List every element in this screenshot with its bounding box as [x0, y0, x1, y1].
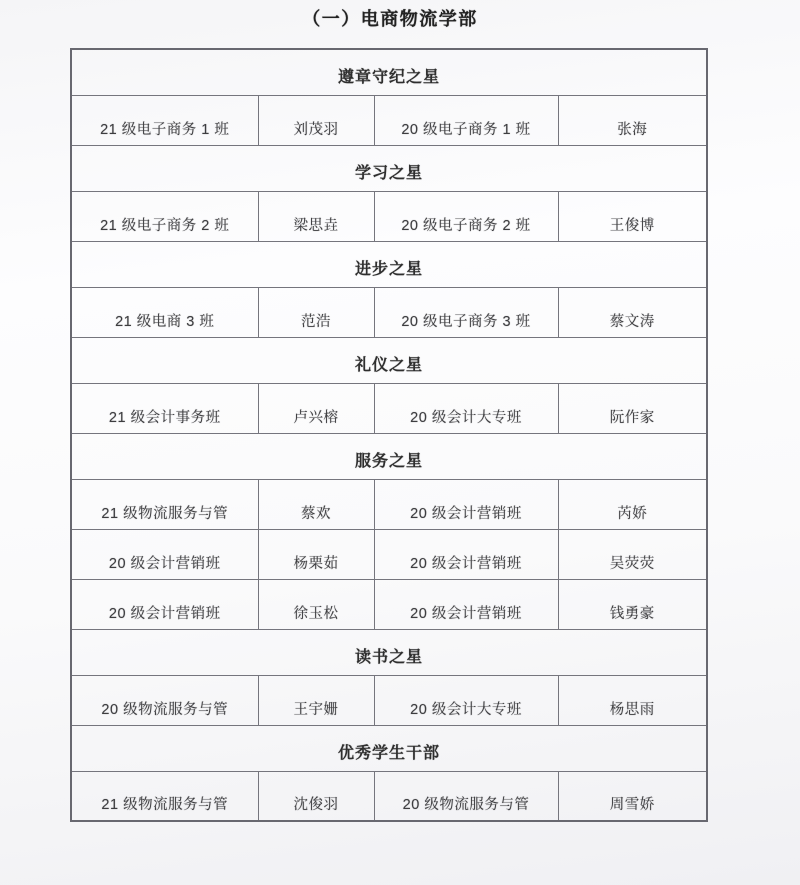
- class-name-cell: 20 级电子商务 1 班: [374, 95, 558, 145]
- student-name-cell: 杨栗茹: [258, 529, 374, 579]
- section-header: 读书之星: [71, 629, 707, 675]
- student-name-cell: 沈俊羽: [258, 771, 374, 821]
- section-row: 服务之星: [71, 433, 707, 479]
- class-name-cell: 20 级物流服务与管: [374, 771, 558, 821]
- student-name-cell: 梁思垚: [258, 191, 374, 241]
- awards-table-body: 遵章守纪之星21 级电子商务 1 班刘茂羽20 级电子商务 1 班张海学习之星2…: [71, 49, 707, 821]
- table-row: 21 级会计事务班卢兴榕20 级会计大专班阮作家: [71, 383, 707, 433]
- student-name-cell: 范浩: [258, 287, 374, 337]
- section-row: 读书之星: [71, 629, 707, 675]
- class-name-cell: 21 级电商 3 班: [71, 287, 258, 337]
- class-name-cell: 20 级会计营销班: [374, 529, 558, 579]
- student-name-cell: 徐玉松: [258, 579, 374, 629]
- section-row: 礼仪之星: [71, 337, 707, 383]
- section-row: 学习之星: [71, 145, 707, 191]
- student-name-cell: 王宇姗: [258, 675, 374, 725]
- section-header: 礼仪之星: [71, 337, 707, 383]
- student-name-cell: 吴荧荧: [558, 529, 707, 579]
- class-name-cell: 21 级电子商务 2 班: [71, 191, 258, 241]
- student-name-cell: 杨思雨: [558, 675, 707, 725]
- student-name-cell: 阮作家: [558, 383, 707, 433]
- class-name-cell: 20 级会计大专班: [374, 383, 558, 433]
- class-name-cell: 20 级会计营销班: [374, 479, 558, 529]
- student-name-cell: 蔡欢: [258, 479, 374, 529]
- table-row: 21 级电商 3 班范浩20 级电子商务 3 班蔡文涛: [71, 287, 707, 337]
- class-name-cell: 21 级物流服务与管: [71, 479, 258, 529]
- table-row: 20 级会计营销班徐玉松20 级会计营销班钱勇豪: [71, 579, 707, 629]
- class-name-cell: 21 级会计事务班: [71, 383, 258, 433]
- student-name-cell: 卢兴榕: [258, 383, 374, 433]
- class-name-cell: 20 级会计营销班: [71, 529, 258, 579]
- class-name-cell: 21 级电子商务 1 班: [71, 95, 258, 145]
- student-name-cell: 蔡文涛: [558, 287, 707, 337]
- class-name-cell: 20 级物流服务与管: [71, 675, 258, 725]
- table-row: 21 级电子商务 2 班梁思垚20 级电子商务 2 班王俊博: [71, 191, 707, 241]
- section-header: 优秀学生干部: [71, 725, 707, 771]
- class-name-cell: 20 级电子商务 3 班: [374, 287, 558, 337]
- table-row: 21 级物流服务与管沈俊羽20 级物流服务与管周雪娇: [71, 771, 707, 821]
- student-name-cell: 芮娇: [558, 479, 707, 529]
- student-name-cell: 王俊博: [558, 191, 707, 241]
- table-row: 20 级会计营销班杨栗茹20 级会计营销班吴荧荧: [71, 529, 707, 579]
- student-name-cell: 刘茂羽: [258, 95, 374, 145]
- table-row: 20 级物流服务与管王宇姗20 级会计大专班杨思雨: [71, 675, 707, 725]
- section-header: 进步之星: [71, 241, 707, 287]
- section-row: 遵章守纪之星: [71, 49, 707, 95]
- section-row: 优秀学生干部: [71, 725, 707, 771]
- student-name-cell: 周雪娇: [558, 771, 707, 821]
- class-name-cell: 20 级会计营销班: [374, 579, 558, 629]
- student-name-cell: 张海: [558, 95, 707, 145]
- class-name-cell: 20 级电子商务 2 班: [374, 191, 558, 241]
- student-name-cell: 钱勇豪: [558, 579, 707, 629]
- table-row: 21 级电子商务 1 班刘茂羽20 级电子商务 1 班张海: [71, 95, 707, 145]
- awards-table: 遵章守纪之星21 级电子商务 1 班刘茂羽20 级电子商务 1 班张海学习之星2…: [70, 48, 708, 822]
- class-name-cell: 21 级物流服务与管: [71, 771, 258, 821]
- section-header: 学习之星: [71, 145, 707, 191]
- page-title: （一）电商物流学部: [0, 5, 780, 31]
- section-header: 遵章守纪之星: [71, 49, 707, 95]
- table-row: 21 级物流服务与管蔡欢20 级会计营销班芮娇: [71, 479, 707, 529]
- section-header: 服务之星: [71, 433, 707, 479]
- section-row: 进步之星: [71, 241, 707, 287]
- class-name-cell: 20 级会计大专班: [374, 675, 558, 725]
- class-name-cell: 20 级会计营销班: [71, 579, 258, 629]
